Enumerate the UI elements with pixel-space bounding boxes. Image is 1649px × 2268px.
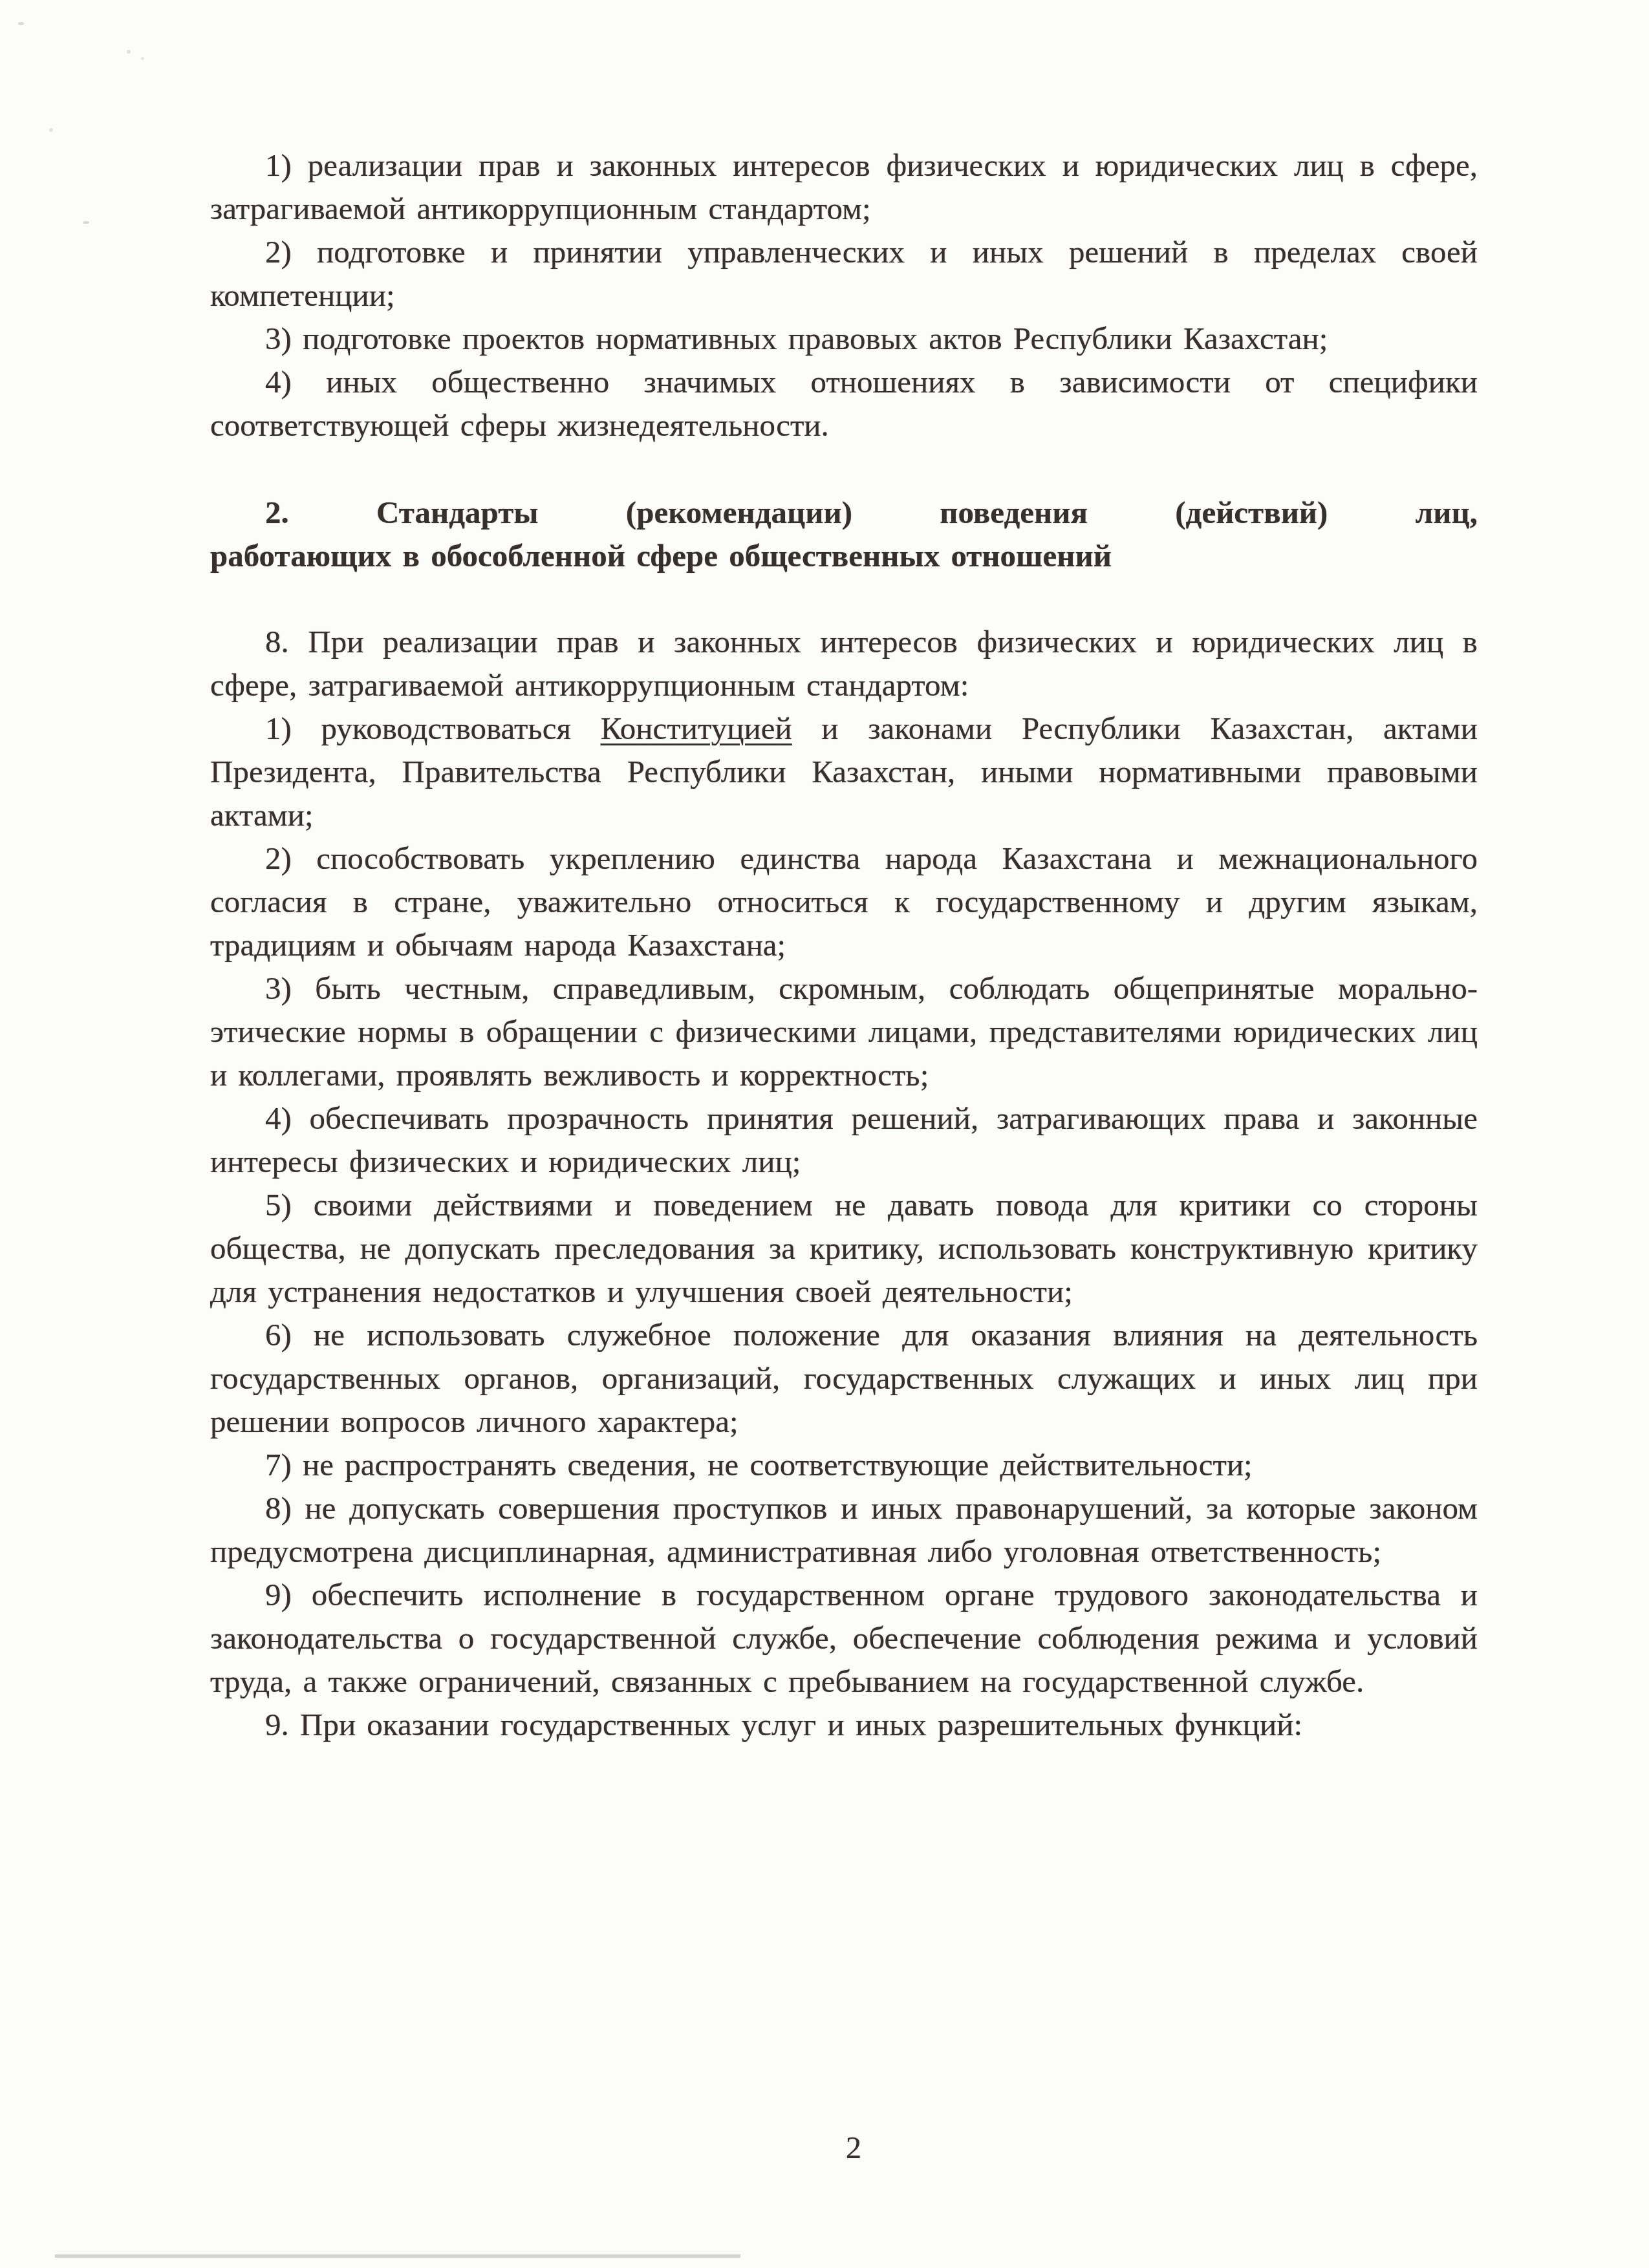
intro-item-2: 2) подготовке и принятии управленческих … [210, 230, 1478, 317]
item-8-1-before: 1) руководствоваться [265, 711, 601, 746]
constitution-underlined-text: Конституцией [601, 711, 792, 746]
item-8-4: 4) обеспечивать прозрачность принятия ре… [210, 1097, 1478, 1183]
item-8-8: 8) не допускать совершения проступков и … [210, 1486, 1478, 1573]
scanner-edge-shadow [55, 2254, 740, 2258]
scan-artifact-speck [18, 22, 24, 25]
item-8-3: 3) быть честным, справедливым, скромным,… [210, 967, 1478, 1097]
document-body: 1) реализации прав и законных интересов … [210, 144, 1478, 1746]
section-heading-line1: 2. Стандарты (рекомендации) поведения (д… [210, 491, 1478, 534]
page-number: 2 [58, 2128, 1649, 2167]
item-8-6: 6) не использовать служебное положение д… [210, 1313, 1478, 1443]
item-8-7: 7) не распространять сведения, не соотве… [210, 1443, 1478, 1486]
item-8-1: 1) руководствоваться Конституцией и зако… [210, 707, 1478, 837]
item-8-2: 2) способствовать укреплению единства на… [210, 837, 1478, 967]
paragraph-9: 9. При оказании государственных услуг и … [210, 1703, 1478, 1746]
intro-item-4: 4) иных общественно значимых отношениях … [210, 360, 1478, 447]
scan-artifact-speck [49, 128, 53, 132]
scan-artifact-speck [141, 57, 144, 60]
scan-artifact-speck [83, 221, 89, 224]
section-heading: 2. Стандарты (рекомендации) поведения (д… [210, 491, 1478, 577]
intro-item-1: 1) реализации прав и законных интересов … [210, 144, 1478, 230]
item-8-9: 9) обеспечить исполнение в государственн… [210, 1573, 1478, 1703]
paragraph-8: 8. При реализации прав и законных интере… [210, 620, 1478, 707]
item-8-5: 5) своими действиями и поведением не дав… [210, 1183, 1478, 1313]
section-heading-line2: работающих в обособленной сфере обществе… [210, 534, 1478, 577]
scan-artifact-speck [127, 50, 131, 54]
intro-item-3: 3) подготовке проектов нормативных право… [210, 317, 1478, 360]
scanned-document-page: 1) реализации прав и законных интересов … [0, 0, 1649, 2268]
